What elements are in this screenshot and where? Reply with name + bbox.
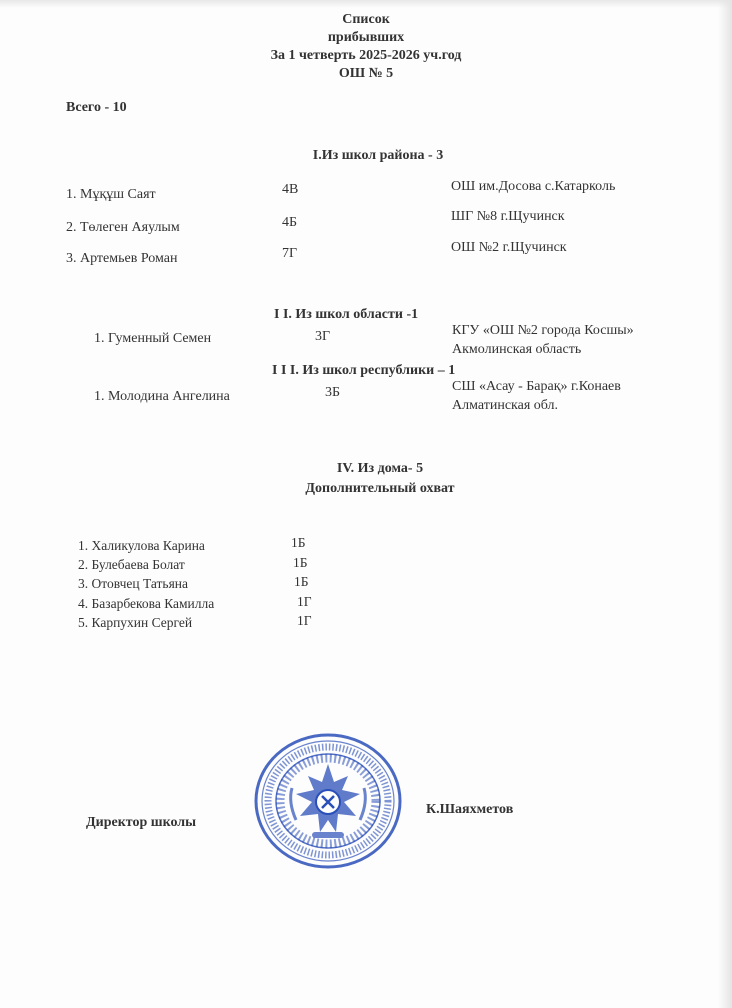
document-subtitle: прибывших [0, 30, 732, 46]
student-class: 1Б [293, 555, 308, 571]
section-heading: I.Из школ района - 3 [0, 148, 732, 164]
student-class: 1Г [297, 613, 312, 629]
student-class: 1Б [294, 574, 309, 590]
student-name: 1. Гуменный Семен [94, 331, 211, 347]
student-class: 1Б [291, 535, 306, 551]
student-name: 1. Халикулова Карина [78, 538, 205, 554]
previous-school-region: Акмолинская область [452, 342, 581, 358]
previous-school-region: Алматинская обл. [452, 398, 558, 414]
student-name: 5. Карпухин Сергей [78, 615, 192, 631]
student-name: 4. Базарбекова Камилла [78, 596, 214, 612]
signatory-name: К.Шаяхметов [426, 802, 513, 818]
previous-school: КГУ «ОШ №2 города Косшы» [452, 323, 634, 339]
document-title: Список [0, 12, 732, 28]
section-heading: I I I. Из школ республики – 1 [272, 363, 455, 379]
student-name: 3. Отовчец Татьяна [78, 576, 188, 592]
scan-edge [0, 0, 732, 8]
previous-school: СШ «Асау - Барақ» г.Конаев [452, 379, 621, 395]
section-heading: IV. Из дома- 5 [0, 461, 732, 477]
student-class: 3Б [325, 385, 340, 401]
student-name: 1. Молодина Ангелина [94, 389, 230, 405]
student-class: 3Г [315, 329, 330, 345]
student-class: 4В [282, 182, 298, 198]
document-period: За 1 четверть 2025-2026 уч.год [0, 48, 732, 64]
section-heading: I I. Из школ области -1 [274, 307, 418, 323]
previous-school: ШГ №8 г.Щучинск [451, 209, 565, 225]
student-class: 7Г [282, 246, 297, 262]
student-class: 4Б [282, 215, 297, 231]
student-name: 2. Төлеген Аяулым [66, 220, 180, 236]
student-class: 1Г [297, 594, 312, 610]
official-seal-stamp [252, 732, 404, 870]
student-name: 1. Мұқұш Саят [66, 187, 156, 203]
signature-position: Директор школы [86, 815, 196, 831]
total-count: Всего - 10 [66, 100, 127, 116]
student-name: 2. Булебаева Болат [78, 557, 185, 573]
previous-school: ОШ им.Досова с.Катарколь [451, 179, 615, 195]
section-subheading: Дополнительный охват [0, 481, 732, 497]
student-name: 3. Артемьев Роман [66, 251, 177, 267]
previous-school: ОШ №2 г.Щучинск [451, 240, 567, 256]
school-name: ОШ № 5 [0, 66, 732, 82]
